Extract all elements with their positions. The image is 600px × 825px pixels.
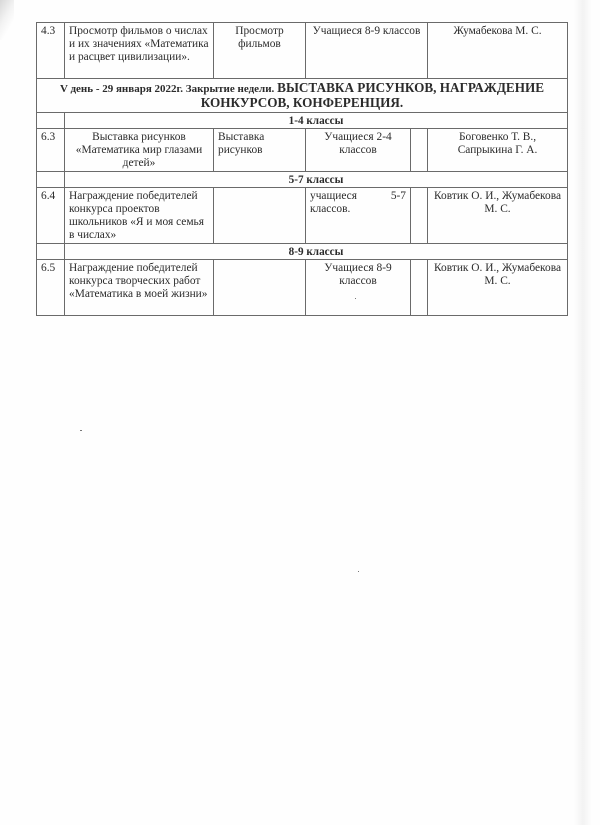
event-title: Награждение победителей конкурса творчес… [65, 260, 214, 316]
scan-fold-shadow [574, 0, 592, 825]
item-number: 6.3 [37, 129, 65, 172]
item-number: 6.5 [37, 260, 65, 316]
event-participants: учащиеся 5-7 классов. [306, 188, 411, 244]
group-label: 1-4 классы [65, 113, 568, 129]
participants-grades: 5-7 [391, 190, 406, 203]
scan-speck [355, 298, 356, 299]
scan-edge-shadow [0, 0, 14, 40]
event-participants: Учащиеся 8-9 классов [306, 23, 428, 79]
group-number-cell [37, 113, 65, 129]
table-row: 6.4 Награждение победителей конкурса про… [37, 188, 568, 244]
table-row: 4.3 Просмотр фильмов о числах и их значе… [37, 23, 568, 79]
day-heading-date: V день - 29 января 2022г. Закрытие недел… [60, 83, 274, 95]
event-form: Просмотр фильмов [214, 23, 306, 79]
event-responsible: Ковтик О. И., Жумабекова М. С. [428, 188, 568, 244]
event-form [214, 188, 306, 244]
group-heading-row: 5-7 классы [37, 172, 568, 188]
event-title: Просмотр фильмов о числах и их значениях… [65, 23, 214, 79]
table-row: 6.3 Выставка рисунков «Математика мир гл… [37, 129, 568, 172]
event-responsible: Жумабекова М. С. [428, 23, 568, 79]
scan-speck [80, 430, 82, 431]
group-label: 5-7 классы [65, 172, 568, 188]
item-number: 4.3 [37, 23, 65, 79]
group-heading-row: 1-4 классы [37, 113, 568, 129]
table-row: 6.5 Награждение победителей конкурса тво… [37, 260, 568, 316]
item-number: 6.4 [37, 188, 65, 244]
event-responsible: Ковтик О. И., Жумабекова М. С. [428, 260, 568, 316]
event-title: Награждение победителей конкурса проекто… [65, 188, 214, 244]
event-extra [411, 188, 428, 244]
event-participants: Учащиеся 8-9 классов [306, 260, 411, 316]
event-form: Выставка рисунков [214, 129, 306, 172]
event-extra [411, 129, 428, 172]
event-plan-table: 4.3 Просмотр фильмов о числах и их значе… [36, 22, 568, 316]
group-number-cell [37, 244, 65, 260]
day-heading-row: V день - 29 января 2022г. Закрытие недел… [37, 79, 568, 113]
scanned-page: 4.3 Просмотр фильмов о числах и их значе… [0, 0, 600, 825]
group-heading-row: 8-9 классы [37, 244, 568, 260]
event-form [214, 260, 306, 316]
event-title: Выставка рисунков «Математика мир глазам… [65, 129, 214, 172]
event-responsible: Боговенко Т. В., Сапрыкина Г. А. [428, 129, 568, 172]
scan-speck [358, 571, 359, 572]
participants-word: учащиеся [310, 190, 357, 203]
day-heading: V день - 29 января 2022г. Закрытие недел… [37, 79, 568, 113]
event-participants: Учащиеся 2-4 классов [306, 129, 411, 172]
group-number-cell [37, 172, 65, 188]
participants-line-1: учащиеся 5-7 [310, 190, 406, 203]
event-extra [411, 260, 428, 316]
participants-line-2: классов. [310, 203, 406, 216]
group-label: 8-9 классы [65, 244, 568, 260]
